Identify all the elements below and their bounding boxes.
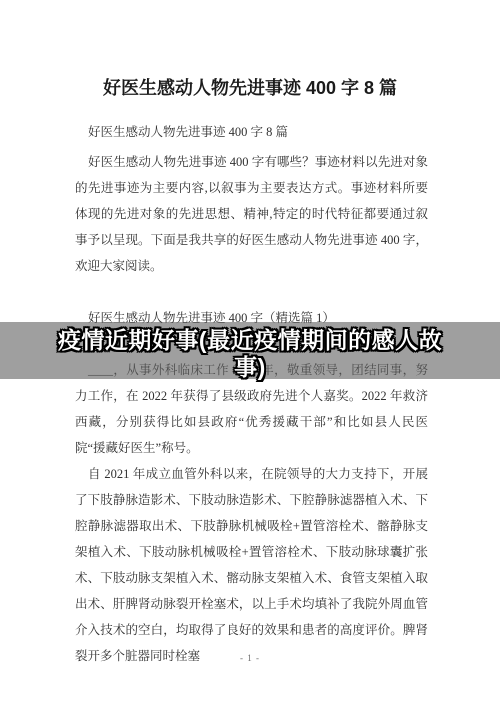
page-number: - 1 - [0,652,500,664]
document-body: 好医生感动人物先进事迹 400 字 8 篇 好医生感动人物先进事迹 400 字有… [75,119,428,669]
paragraph-intro: 好医生感动人物先进事迹 400 字有哪些？事迹材料以先进对象的先进事迹为主要内容… [75,149,428,279]
document-title: 好医生感动人物先进事迹 400 字 8 篇 [0,75,500,101]
paragraph-title-line: 好医生感动人物先进事迹 400 字 8 篇 [75,119,428,145]
paragraph-surgery-list: 自 2021 年成立血管外科以来，在院领导的大力支持下，开展了下肢静脉造影术、下… [75,461,428,669]
document-page: 好医生感动人物先进事迹 400 字 8 篇 好医生感动人物先进事迹 400 字 … [0,0,500,706]
overlay-headline: 疫情近期好事(最近疫情期间的感人故事) [55,327,445,381]
